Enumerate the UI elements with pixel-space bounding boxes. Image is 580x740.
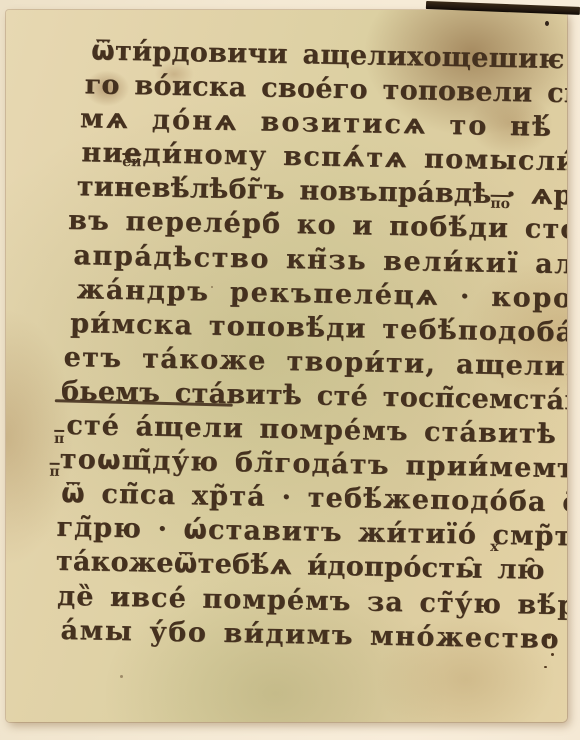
ink-speck (551, 653, 554, 656)
ink-speck (544, 666, 547, 668)
superscript-letter: еи (122, 153, 142, 168)
ink-speck (211, 286, 213, 288)
superscript-letter: по (490, 195, 510, 210)
superscript-letter: п (49, 463, 60, 478)
photo-frame: ѿти́рдовичи ащелихощешиѥ рѣ́пк̑а го во́и… (0, 0, 580, 740)
ink-speck (120, 675, 123, 678)
manuscript-text: ѿти́рдовичи ащелихощешиѥ рѣ́пк̑а го во́и… (6, 10, 567, 722)
ink-speck (547, 635, 551, 639)
superscript-letter: х (490, 541, 499, 553)
superscript-letter: п (54, 430, 65, 445)
ink-speck (545, 21, 549, 26)
manuscript-page: ѿти́рдовичи ащелихощешиѥ рѣ́пк̑а го во́и… (6, 10, 567, 722)
